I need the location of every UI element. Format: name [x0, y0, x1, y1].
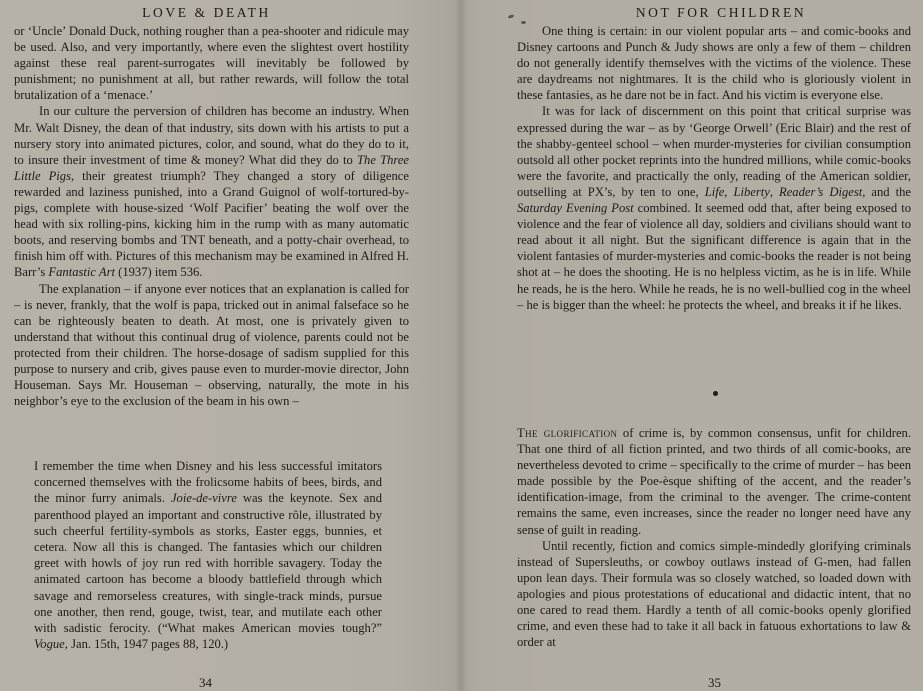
- book-gutter: [455, 0, 467, 691]
- magazine-title: Reader’s Digest: [779, 185, 862, 199]
- page-number-left: 34: [199, 675, 212, 691]
- right-body-text-upper: One thing is certain: in our violent pop…: [517, 23, 911, 313]
- quote-paragraph: I remember the time when Disney and his …: [34, 458, 382, 652]
- magazine-title: Saturday Evening Post: [517, 201, 634, 215]
- right-body-text-lower: The glorification of crime is, by common…: [517, 425, 911, 650]
- magazine-title: Vogue: [34, 637, 65, 651]
- paragraph: or ‘Uncle’ Donald Duck, nothing rougher …: [14, 23, 409, 103]
- book-title: Fantastic Art: [48, 265, 115, 279]
- magazine-title: Life: [705, 185, 725, 199]
- paragraph: The glorification of crime is, by common…: [517, 425, 911, 538]
- paragraph: In our culture the perversion of childre…: [14, 103, 409, 280]
- paragraph: One thing is certain: in our violent pop…: [517, 23, 911, 103]
- paragraph: Until recently, fiction and comics simpl…: [517, 538, 911, 651]
- paragraph: It was for lack of discernment on this p…: [517, 103, 911, 312]
- left-body-text: or ‘Uncle’ Donald Duck, nothing rougher …: [14, 23, 409, 409]
- right-page: NOT FOR CHILDREN One thing is certain: i…: [461, 0, 923, 691]
- section-break-bullet: [713, 391, 718, 396]
- running-head-right: NOT FOR CHILDREN: [461, 5, 923, 21]
- running-head-left: LOVE & DEATH: [0, 5, 461, 21]
- book-spread: LOVE & DEATH or ‘Uncle’ Donald Duck, not…: [0, 0, 923, 691]
- section-lead-smallcaps: The glorification: [517, 426, 617, 440]
- block-quote: I remember the time when Disney and his …: [34, 458, 382, 652]
- magazine-title: Liberty: [733, 185, 769, 199]
- paragraph: The explanation – if anyone ever notices…: [14, 281, 409, 410]
- page-number-right: 35: [708, 675, 721, 691]
- left-page: LOVE & DEATH or ‘Uncle’ Donald Duck, not…: [0, 0, 461, 691]
